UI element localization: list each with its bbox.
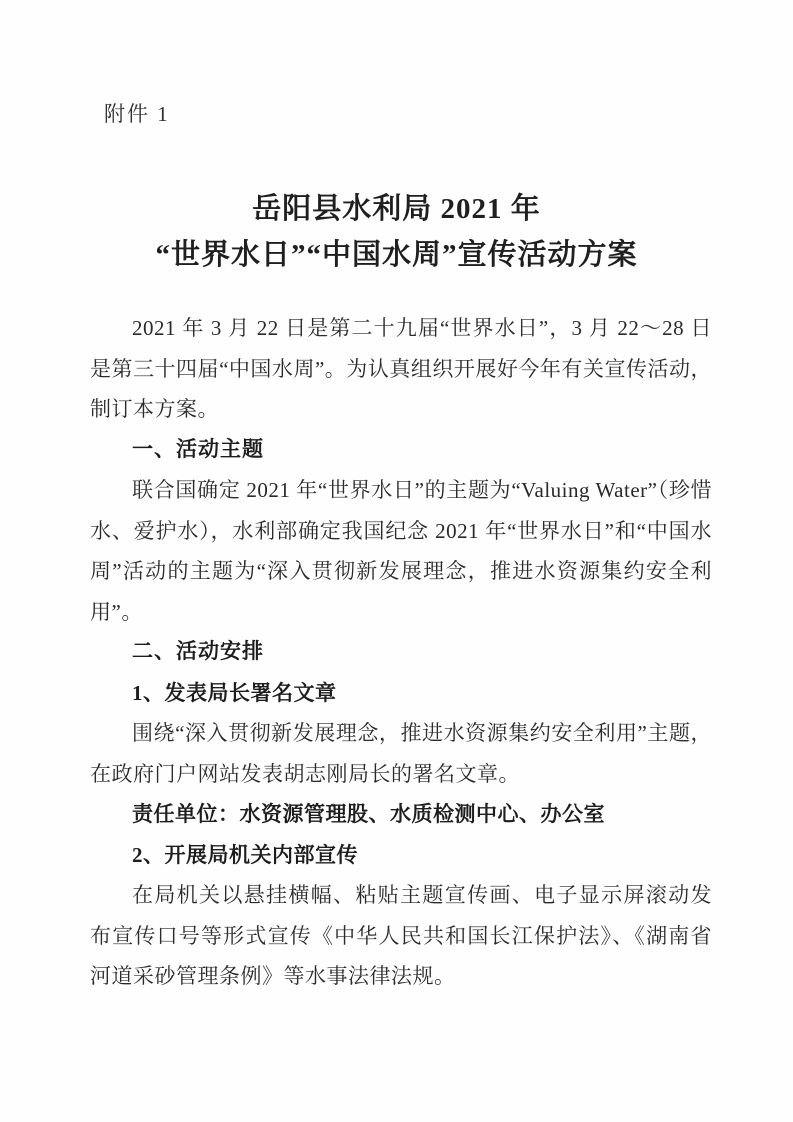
document-title: 岳阳县水利局 2021 年 “世界水日”“中国水周”宣传活动方案 xyxy=(0,186,793,278)
document-body: 2021 年 3 月 22 日是第二十九届“世界水日”，3 月 22～28 日是… xyxy=(90,308,712,997)
section-heading-activity-theme: 一、活动主题 xyxy=(90,430,712,471)
document-title-line1: 岳阳县水利局 2021 年 xyxy=(0,186,793,232)
subsection-heading-internal-publicity: 2、开展局机关内部宣传 xyxy=(90,835,712,876)
attachment-label: 附件 1 xyxy=(104,98,170,128)
responsible-unit-line: 责任单位：水资源管理股、水质检测中心、办公室 xyxy=(90,794,712,835)
paragraph-intro: 2021 年 3 月 22 日是第二十九届“世界水日”，3 月 22～28 日是… xyxy=(90,308,712,430)
paragraph-signed-article-detail: 围绕“深入贯彻新发展理念，推进水资源集约安全利用”主题，在政府门户网站发表胡志刚… xyxy=(90,713,712,794)
paragraph-theme-detail: 联合国确定 2021 年“世界水日”的主题为“Valuing Water”（珍惜… xyxy=(90,470,712,632)
document-page: 附件 1 岳阳县水利局 2021 年 “世界水日”“中国水周”宣传活动方案 20… xyxy=(0,0,793,1122)
paragraph-internal-publicity-detail: 在局机关以悬挂横幅、粘贴主题宣传画、电子显示屏滚动发布宣传口号等形式宣传《中华人… xyxy=(90,875,712,997)
subsection-heading-signed-article: 1、发表局长署名文章 xyxy=(90,673,712,714)
section-heading-activity-arrangement: 二、活动安排 xyxy=(90,632,712,673)
document-title-line2: “世界水日”“中国水周”宣传活动方案 xyxy=(0,232,793,278)
